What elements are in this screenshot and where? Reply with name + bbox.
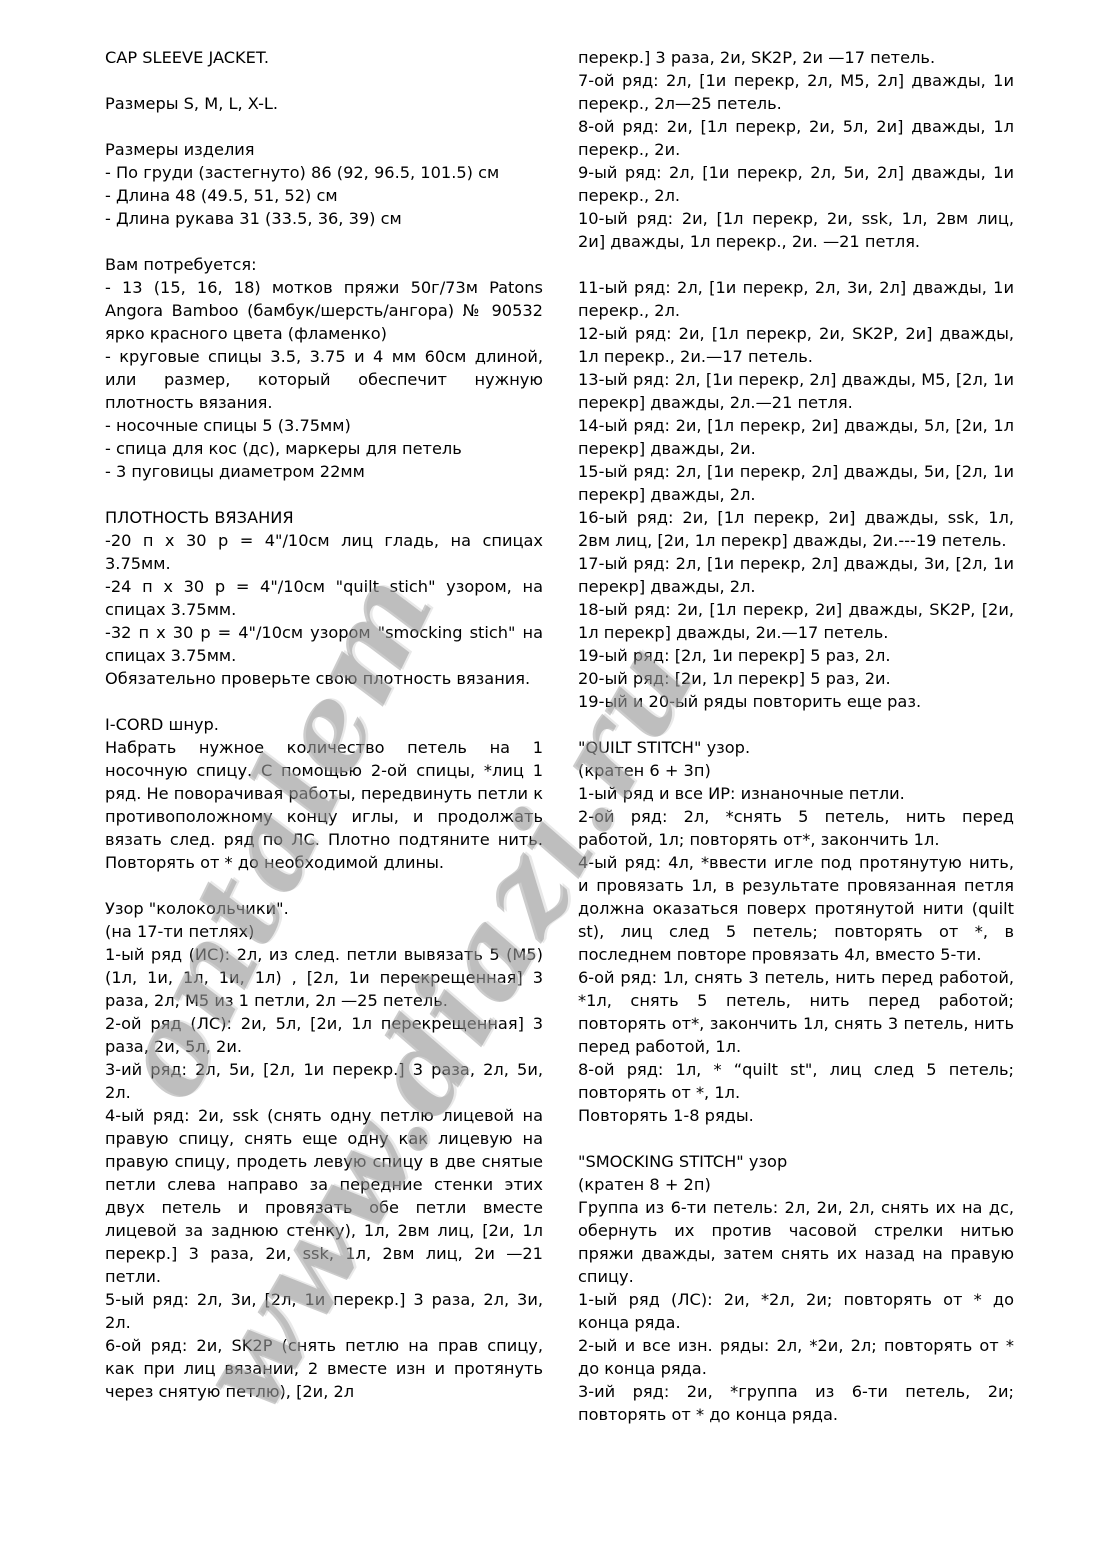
- paragraph: перекр.] 3 раза, 2и, SK2P, 2и —17 петель…: [578, 46, 1014, 69]
- paragraph: - круговые спицы 3.5, 3.75 и 4 мм 60см д…: [105, 345, 543, 414]
- blank-line: [105, 69, 543, 92]
- paragraph: 6-ой ряд: 1л, снять 3 петель, нить перед…: [578, 966, 1014, 1058]
- paragraph: 1-ый ряд (ЛС): 2и, *2л, 2и; повторять от…: [578, 1288, 1014, 1334]
- paragraph: Узор "колокольчики".: [105, 897, 543, 920]
- paragraph: CAP SLEEVE JACKET.: [105, 46, 543, 69]
- paragraph: 6-ой ряд: 2и, SK2P (снять петлю на прав …: [105, 1334, 543, 1403]
- blank-line: [578, 713, 1014, 736]
- blank-line: [105, 483, 543, 506]
- paragraph: "SMOCKING STITCH" узор: [578, 1150, 1014, 1173]
- paragraph: - Длина рукава 31 (33.5, 36, 39) см: [105, 207, 543, 230]
- paragraph: (кратен 8 + 2п): [578, 1173, 1014, 1196]
- paragraph: Размеры S, M, L, X-L.: [105, 92, 543, 115]
- paragraph: -32 п х 30 р = 4"/10см узором "smocking …: [105, 621, 543, 667]
- paragraph: 11-ый ряд: 2л, [1и перекр, 2л, 3и, 2л] д…: [578, 276, 1014, 322]
- paragraph: Обязательно проверьте свою плотность вяз…: [105, 667, 543, 690]
- paragraph: 3-ий ряд: 2л, 5и, [2л, 1и перекр.] 3 раз…: [105, 1058, 543, 1104]
- paragraph: - спица для кос (дс), маркеры для петель: [105, 437, 543, 460]
- document-page: CAP SLEEVE JACKET.Размеры S, M, L, X-L.Р…: [0, 0, 1100, 1558]
- paragraph: - 13 (15, 16, 18) мотков пряжи 50г/73м P…: [105, 276, 543, 345]
- paragraph: Группа из 6-ти петель: 2л, 2и, 2л, снять…: [578, 1196, 1014, 1288]
- paragraph: 15-ый ряд: 2л, [1и перекр, 2л] дважды, 5…: [578, 460, 1014, 506]
- paragraph: 17-ый ряд: 2л, [1и перекр, 2л] дважды, 3…: [578, 552, 1014, 598]
- paragraph: 2-ой ряд (ЛС): 2и, 5л, [2и, 1л перекреще…: [105, 1012, 543, 1058]
- paragraph: 7-ой ряд: 2л, [1и перекр, 2л, М5, 2л] дв…: [578, 69, 1014, 115]
- paragraph: Набрать нужное количество петель на 1 но…: [105, 736, 543, 874]
- paragraph: I-CORD шнур.: [105, 713, 543, 736]
- paragraph: 14-ый ряд: 2и, [1л перекр, 2и] дважды, 5…: [578, 414, 1014, 460]
- paragraph: 5-ый ряд: 2л, 3и, [2л, 1и перекр.] 3 раз…: [105, 1288, 543, 1334]
- left-column: CAP SLEEVE JACKET.Размеры S, M, L, X-L.Р…: [105, 46, 543, 1403]
- blank-line: [105, 230, 543, 253]
- paragraph: "QUILT STITCH" узор.: [578, 736, 1014, 759]
- paragraph: 19-ый и 20-ый ряды повторить еще раз.: [578, 690, 1014, 713]
- blank-line: [578, 253, 1014, 276]
- blank-line: [105, 115, 543, 138]
- paragraph: 4-ый ряд: 4л, *ввести игле под протянуту…: [578, 851, 1014, 966]
- blank-line: [105, 690, 543, 713]
- paragraph: 8-ой ряд: 1л, * “quilt st", лиц след 5 п…: [578, 1058, 1014, 1104]
- paragraph: 2-ой ряд: 2л, *снять 5 петель, нить пере…: [578, 805, 1014, 851]
- paragraph: 18-ый ряд: 2и, [1л перекр, 2и] дважды, S…: [578, 598, 1014, 644]
- paragraph: (кратен 6 + 3п): [578, 759, 1014, 782]
- paragraph: 1-ый ряд и все ИР: изнаночные петли.: [578, 782, 1014, 805]
- paragraph: 9-ый ряд: 2л, [1и перекр, 2л, 5и, 2л] дв…: [578, 161, 1014, 207]
- paragraph: 16-ый ряд: 2и, [1л перекр, 2и] дважды, s…: [578, 506, 1014, 552]
- paragraph: - По груди (застегнуто) 86 (92, 96.5, 10…: [105, 161, 543, 184]
- paragraph: 3-ий ряд: 2и, *группа из 6-ти петель, 2и…: [578, 1380, 1014, 1426]
- right-column: перекр.] 3 раза, 2и, SK2P, 2и —17 петель…: [578, 46, 1014, 1426]
- paragraph: - Длина 48 (49.5, 51, 52) см: [105, 184, 543, 207]
- paragraph: Размеры изделия: [105, 138, 543, 161]
- paragraph: ПЛОТНОСТЬ ВЯЗАНИЯ: [105, 506, 543, 529]
- paragraph: -20 п х 30 р = 4"/10см лиц гладь, на спи…: [105, 529, 543, 575]
- paragraph: Повторять 1-8 ряды.: [578, 1104, 1014, 1127]
- paragraph: - носочные спицы 5 (3.75мм): [105, 414, 543, 437]
- paragraph: - 3 пуговицы диаметром 22мм: [105, 460, 543, 483]
- paragraph: 10-ый ряд: 2и, [1л перекр, 2и, ssk, 1л, …: [578, 207, 1014, 253]
- blank-line: [578, 1127, 1014, 1150]
- paragraph: (на 17-ти петлях): [105, 920, 543, 943]
- paragraph: 4-ый ряд: 2и, ssk (снять одну петлю лице…: [105, 1104, 543, 1288]
- paragraph: 1-ый ряд (ИС): 2л, из след. петли вывяза…: [105, 943, 543, 1012]
- paragraph: -24 п х 30 р = 4"/10см "quilt stich" узо…: [105, 575, 543, 621]
- paragraph: 8-ой ряд: 2и, [1л перекр, 2и, 5л, 2и] дв…: [578, 115, 1014, 161]
- paragraph: Вам потребуется:: [105, 253, 543, 276]
- paragraph: 20-ый ряд: [2и, 1л перекр] 5 раз, 2и.: [578, 667, 1014, 690]
- paragraph: 19-ый ряд: [2л, 1и перекр] 5 раз, 2л.: [578, 644, 1014, 667]
- paragraph: 12-ый ряд: 2и, [1л перекр, 2и, SK2P, 2и]…: [578, 322, 1014, 368]
- paragraph: 13-ый ряд: 2л, [1и перекр, 2л] дважды, М…: [578, 368, 1014, 414]
- blank-line: [105, 874, 543, 897]
- paragraph: 2-ый и все изн. ряды: 2л, *2и, 2л; повто…: [578, 1334, 1014, 1380]
